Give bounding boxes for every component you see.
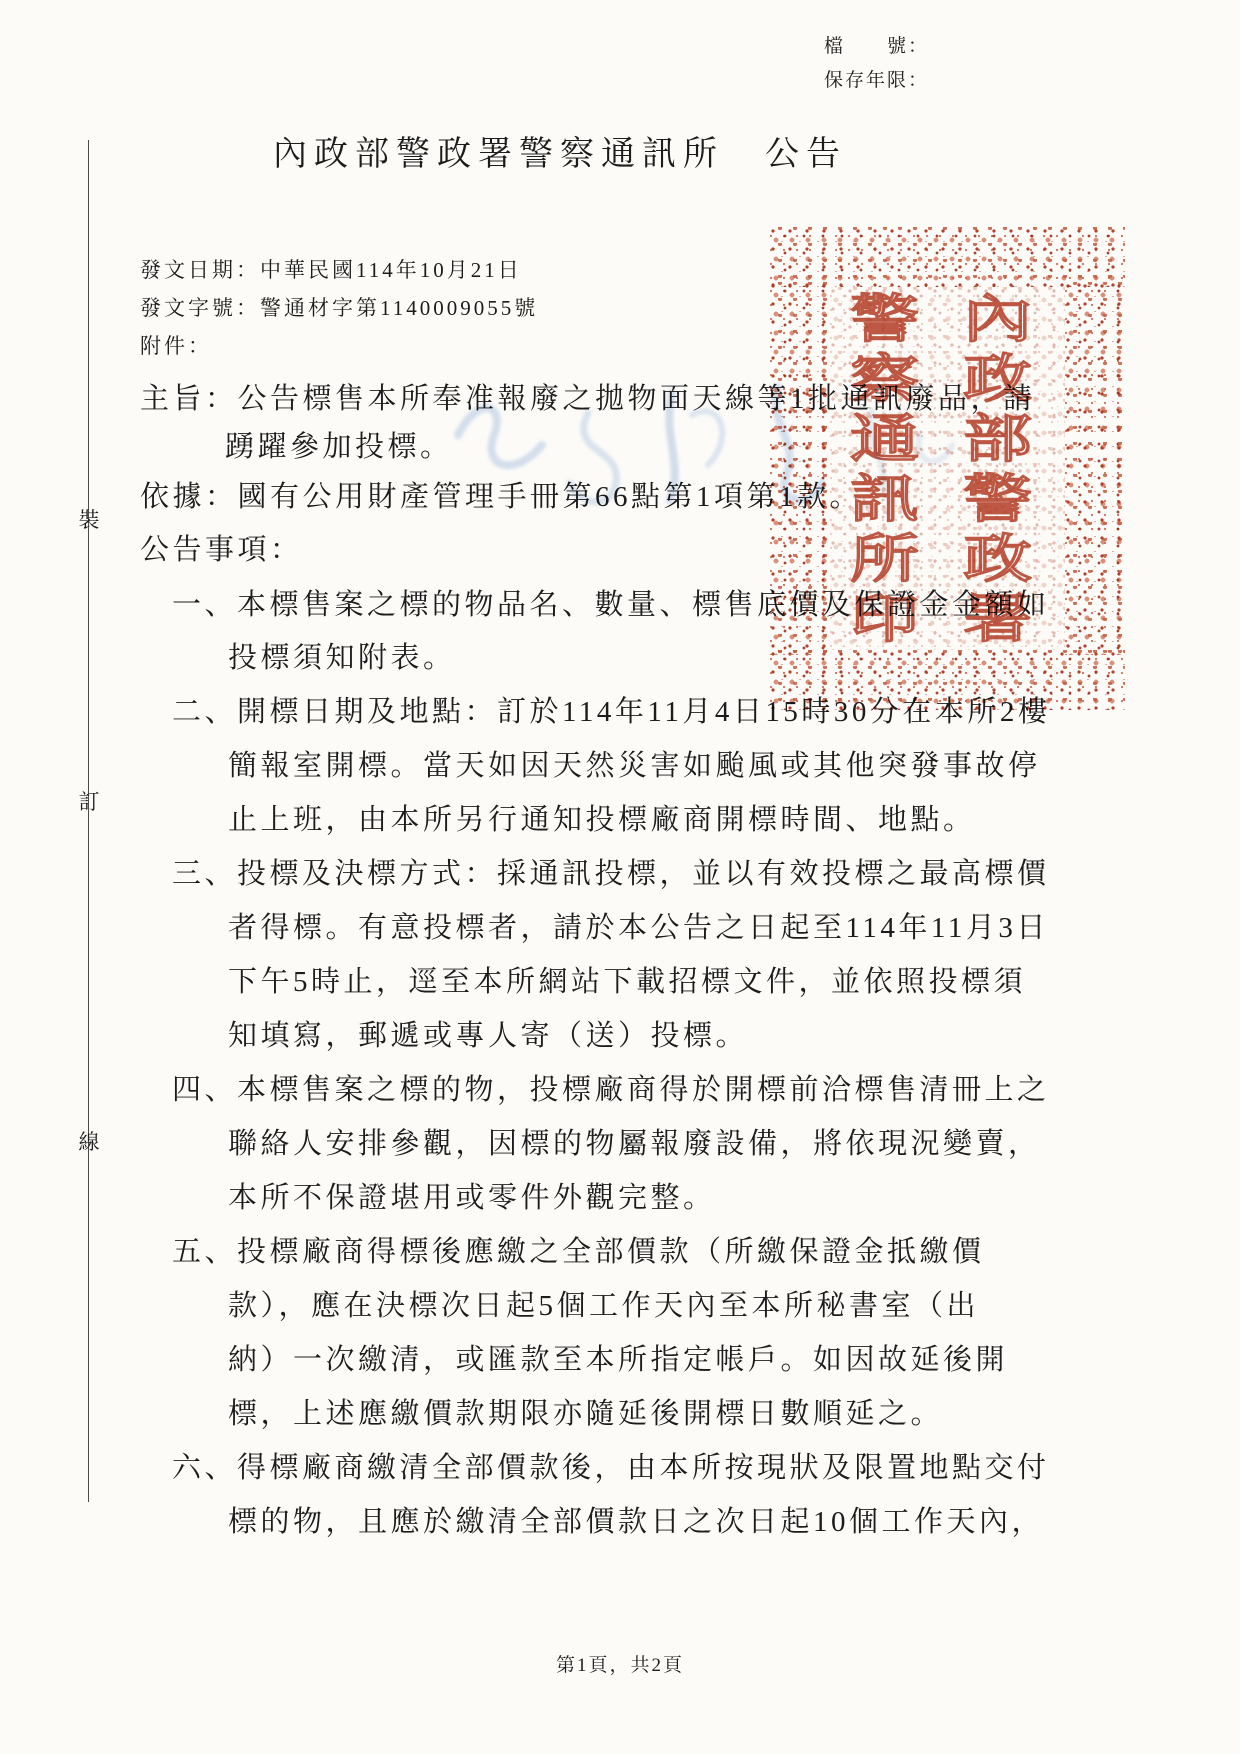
basis-line: 依據：國有公用財產管理手冊第66點第1項第1款。 (140, 480, 862, 514)
item-2-line-2: 簡報室開標。當天如因天然災害如颱風或其他突發事故停 (228, 749, 1041, 783)
item-2-line-1: 二、開標日期及地點：訂於114年11月4日15時30分在本所2樓 (172, 695, 1050, 729)
page-number: 第1頁，共2頁 (0, 1650, 1240, 1677)
item-4-line-1: 四、本標售案之標的物，投標廠商得於開標前洽標售清冊上之 (172, 1073, 1050, 1107)
binding-rule-line (88, 140, 89, 1502)
seal-border-right (1065, 282, 1125, 655)
binding-mark-zhuang: 裝 (73, 504, 105, 534)
binding-mark-ding: 訂 (73, 786, 105, 816)
item-6-line-2: 標的物，且應於繳清全部價款日之次日起10個工作天內， (228, 1505, 1044, 1539)
item-5-line-1: 五、投標廠商得標後應繳之全部價款（所繳保證金抵繳價 (172, 1235, 985, 1269)
issue-date-line: 發文日期：中華民國114年10月21日 (140, 254, 522, 284)
item-3-line-4: 知填寫，郵遞或專人寄（送）投標。 (228, 1019, 748, 1053)
item-3-line-2: 者得標。有意投標者，請於本公告之日起至114年11月3日 (228, 911, 1049, 945)
file-number-label: 檔 號： (824, 30, 929, 64)
item-3-line-3: 下午5時止，逕至本所網站下載招標文件，並依照投標須 (228, 965, 1026, 999)
seal-border-top (770, 227, 1125, 287)
subject-line-2: 踴躍參加投標。 (225, 430, 453, 464)
item-3-line-1: 三、投標及決標方式：採通訊投標，並以有效投標之最高標價 (172, 857, 1050, 891)
item-6-line-1: 六、得標廠商繳清全部價款後，由本所按現狀及限置地點交付 (172, 1451, 1050, 1485)
subject-line-1: 主旨：公告標售本所奉准報廢之拋物面天線等1批通訊廢品，請 (140, 382, 1036, 416)
item-2-line-3: 止上班，由本所另行通知投標廠商開標時間、地點。 (228, 803, 976, 837)
official-seal: 內政部警政署 警察通訊所印 (770, 227, 1125, 710)
document-page: 檔 號： 保存年限： 內政部警政署警察通訊所 公告 裝 訂 線 發文日期：中華民… (0, 0, 1240, 1754)
doc-number-line: 發文字號：警通材字第1140009055號 (140, 292, 538, 322)
item-1-line-2: 投標須知附表。 (228, 641, 456, 675)
item-1-line-1: 一、本標售案之標的物品名、數量、標售底價及保證金金額如 (172, 588, 1050, 622)
item-4-line-3: 本所不保證堪用或零件外觀完整。 (228, 1181, 716, 1215)
item-4-line-2: 聯絡人安排參觀，因標的物屬報廢設備，將依現況變賣， (228, 1127, 1041, 1161)
announcement-section-header: 公告事項： (140, 533, 303, 567)
binding-mark-xian: 線 (73, 1126, 105, 1156)
item-5-line-3: 納）一次繳清，或匯款至本所指定帳戶。如因故延後開 (228, 1343, 1008, 1377)
file-info-block: 檔 號： 保存年限： (824, 30, 929, 98)
item-5-line-4: 標，上述應繳價款期限亦隨延後開標日數順延之。 (228, 1397, 943, 1431)
document-title: 內政部警政署警察通訊所 公告 (0, 126, 1120, 175)
retention-period-label: 保存年限： (824, 64, 929, 98)
item-5-line-2: 款），應在決標次日起5個工作天內至本所秘書室（出 (228, 1289, 979, 1323)
attachment-line: 附件： (140, 330, 212, 360)
